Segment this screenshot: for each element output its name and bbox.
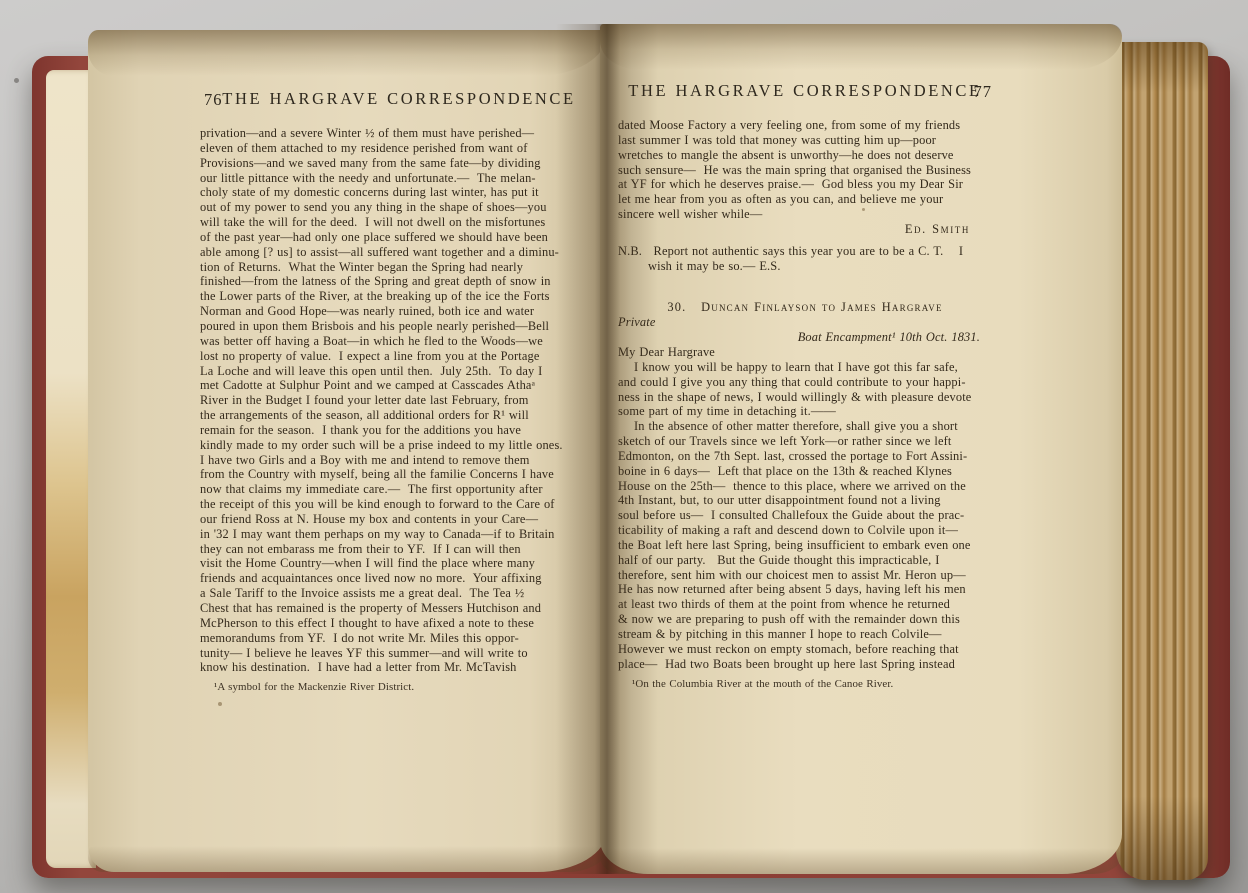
text-line: Private	[618, 315, 992, 330]
text-line: such sensure— He was the main spring tha…	[618, 163, 992, 178]
text-line: therefore, sent him with our choicest me…	[618, 568, 992, 583]
text-line: I have two Girls and a Boy with me and i…	[200, 453, 598, 468]
text-line: McPherson to this effect I thought to ha…	[200, 616, 598, 631]
text-line: In the absence of other matter therefore…	[618, 419, 992, 434]
text-line: wish it may be so.— E.S.	[618, 259, 992, 274]
text-line: they can not embarass me from their to Y…	[200, 542, 598, 557]
left-page-header: 76 THE HARGRAVE CORRESPONDENCE	[200, 92, 598, 126]
text-line: However we must reckon on empty stomach,…	[618, 642, 992, 657]
text-line: privation—and a severe Winter ½ of them …	[200, 126, 598, 141]
text-line: kindly made to my order such will be a p…	[200, 438, 598, 453]
text-line: House on the 25th— thence to this place,…	[618, 479, 992, 494]
text-line: able among [? us] to assist—all suffered…	[200, 245, 598, 260]
running-title: THE HARGRAVE CORRESPONDENCE	[200, 92, 598, 107]
text-line: now that claims my immediate care.— The …	[200, 482, 598, 497]
left-page-footnote: ¹A symbol for the Mackenzie River Distri…	[200, 680, 598, 695]
text-line: place— Had two Boats been brought up her…	[618, 657, 992, 672]
text-line: will take the will for the deed. I will …	[200, 215, 598, 230]
right-page-footnote: ¹On the Columbia River at the mouth of t…	[618, 677, 992, 692]
left-page-text: 76 THE HARGRAVE CORRESPONDENCE privation…	[200, 92, 598, 695]
text-line: was better off having a Boat—in which he…	[200, 334, 598, 349]
text-line: met Cadotte at Sulphur Point and we camp…	[200, 378, 598, 393]
text-line: let me hear from you as often as you can…	[618, 192, 992, 207]
text-line: boine in 6 days— Left that place on the …	[618, 464, 992, 479]
right-page-text: THE HARGRAVE CORRESPONDENCE 77 dated Moo…	[618, 84, 992, 691]
text-line: Provisions—and we saved many from the sa…	[200, 156, 598, 171]
text-line: from the Country with myself, being all …	[200, 467, 598, 482]
text-line: the receipt of this you will be kind eno…	[200, 497, 598, 512]
text-line: 4th Instant, but, to our utter disappoin…	[618, 493, 992, 508]
text-line: know his destination. I have had a lette…	[200, 660, 598, 675]
left-page-body: privation—and a severe Winter ½ of them …	[200, 126, 598, 675]
text-line: at YF for which he deserves praise.— God…	[618, 177, 992, 192]
running-title: THE HARGRAVE CORRESPONDENCE	[618, 84, 992, 99]
text-line: stream & by pitching in this manner I ho…	[618, 627, 992, 642]
text-line: Norman and Good Hope—was nearly ruined, …	[200, 304, 598, 319]
text-line: Boat Encampment¹ 10th Oct. 1831.	[618, 330, 992, 345]
text-line: La Loche and will leave this open until …	[200, 364, 598, 379]
fore-edge-pages	[1116, 42, 1208, 880]
photo-background: 76 THE HARGRAVE CORRESPONDENCE privation…	[0, 0, 1248, 893]
text-line: My Dear Hargrave	[618, 345, 992, 360]
text-line: the Boat left here last Spring, being in…	[618, 538, 992, 553]
text-line: lost no property of value. I expect a li…	[200, 349, 598, 364]
text-line: tunity— I believe he leaves YF this summ…	[200, 646, 598, 661]
text-line: finished—from the latness of the Spring …	[200, 274, 598, 289]
text-line	[618, 237, 992, 244]
text-line: poured in upon them Brisbois and his peo…	[200, 319, 598, 334]
text-line: and could I give you any thing that coul…	[618, 375, 992, 390]
text-line: at least two thirds of them at the point…	[618, 597, 992, 612]
text-line: soul before us— I consulted Challefoux t…	[618, 508, 992, 523]
text-line: of the past year—had only one place suff…	[200, 230, 598, 245]
text-line: choly state of my domestic concerns duri…	[200, 185, 598, 200]
text-line: Chest that has remained is the property …	[200, 601, 598, 616]
right-page-header: THE HARGRAVE CORRESPONDENCE 77	[618, 84, 992, 118]
text-line: ticability of making a raft and descend …	[618, 523, 992, 538]
text-line	[618, 273, 992, 300]
text-line: memorandums from YF. I do not write Mr. …	[200, 631, 598, 646]
text-line: half of our party. But the Guide thought…	[618, 553, 992, 568]
text-line: dated Moose Factory a very feeling one, …	[618, 118, 992, 133]
text-line: sketch of our Travels since we left York…	[618, 434, 992, 449]
right-page: THE HARGRAVE CORRESPONDENCE 77 dated Moo…	[600, 24, 1122, 874]
text-line: last summer I was told that money was cu…	[618, 133, 992, 148]
text-line: in '32 I may want them perhaps on my way…	[200, 527, 598, 542]
text-line: friends and acquaintances once lived now…	[200, 571, 598, 586]
page-number: 77	[974, 85, 993, 100]
text-line: Edmonton, on the 7th Sept. last, crossed…	[618, 449, 992, 464]
text-line: Ed. Smith	[618, 222, 992, 237]
text-line: N.B. Report not authentic says this year…	[618, 244, 992, 259]
text-line: River in the Budget I found your letter …	[200, 393, 598, 408]
text-line: I know you will be happy to learn that I…	[618, 360, 992, 375]
background-speck	[14, 78, 19, 83]
right-page-body: dated Moose Factory a very feeling one, …	[618, 118, 992, 672]
text-line: He has now returned after being absent 5…	[618, 582, 992, 597]
text-line: remain for the season. I thank you for t…	[200, 423, 598, 438]
text-line: sincere well wisher while—	[618, 207, 992, 222]
paper-speck	[862, 208, 865, 211]
left-page: 76 THE HARGRAVE CORRESPONDENCE privation…	[88, 30, 607, 872]
text-line: some part of my time in detaching it.——	[618, 404, 992, 419]
text-line: a Sale Tariff to the Invoice assists me …	[200, 586, 598, 601]
text-line: 30. Duncan Finlayson to James Hargrave	[618, 300, 992, 315]
text-line: our little pittance with the needy and u…	[200, 171, 598, 186]
text-line: the arrangements of the season, all addi…	[200, 408, 598, 423]
text-line: wretches to mangle the absent is unworth…	[618, 148, 992, 163]
text-line: visit the Home Country—when I will find …	[200, 556, 598, 571]
text-line: ness in the shape of news, I would willi…	[618, 390, 992, 405]
text-line: & now we are preparing to push off with …	[618, 612, 992, 627]
text-line: the Lower parts of the River, at the bre…	[200, 289, 598, 304]
text-line: eleven of them attached to my residence …	[200, 141, 598, 156]
page-number: 76	[204, 93, 223, 108]
paper-speck	[218, 702, 222, 706]
text-line: tion of Returns. What the Winter began t…	[200, 260, 598, 275]
text-line: out of my power to send you any thing in…	[200, 200, 598, 215]
text-line: our friend Ross at N. House my box and c…	[200, 512, 598, 527]
